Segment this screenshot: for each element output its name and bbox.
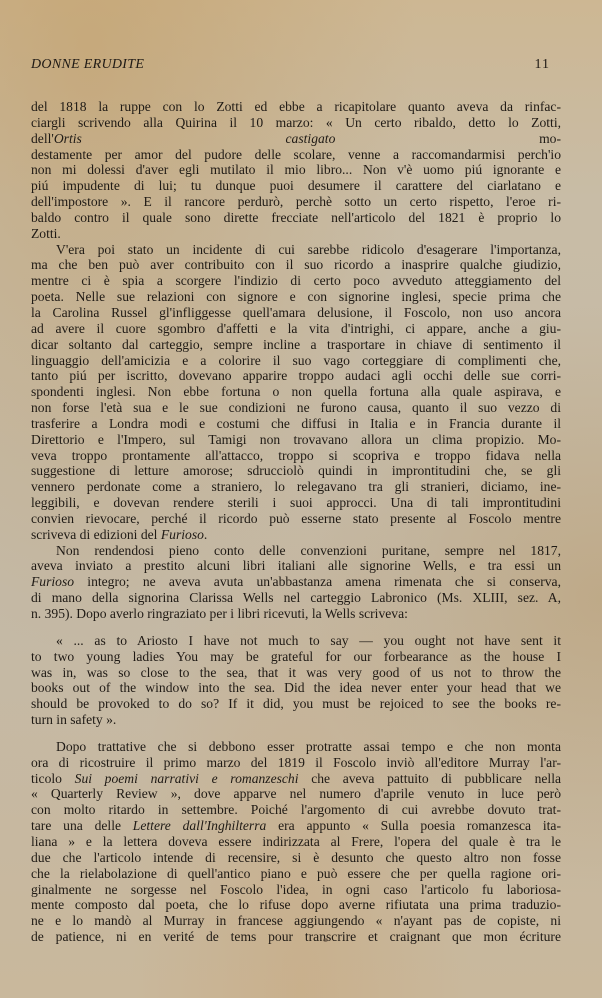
- text-line: de patience, ni en verité de tems pour t…: [31, 929, 561, 945]
- italic-title: Lettere dall'Inghilterra: [133, 818, 267, 833]
- block-quote: « ... as to Ariosto I have not much to s…: [31, 633, 561, 728]
- text-line: leggibili, e dovevan rendere sterili i s…: [31, 495, 561, 511]
- text-line: tare una delle Lettere dall'Inghilterra …: [31, 818, 561, 834]
- paragraph: Dopo trattative che si debbono esser pro…: [31, 739, 561, 945]
- text-line: turn in safety ».: [31, 712, 561, 728]
- text-line: tanto piú per iscritto, dovevano apparir…: [31, 368, 561, 384]
- text-line: del 1818 la ruppe con lo Zotti ed ebbe a…: [31, 99, 561, 115]
- text-line: Dopo trattative che si debbono esser pro…: [31, 739, 561, 755]
- text-line: trasferire a Londra modi e costumi che d…: [31, 416, 561, 432]
- spacer: [31, 622, 561, 633]
- text-line: dicar soltanto dal carteggio, sempre inc…: [31, 337, 561, 353]
- text-line: should be provoked to do so? If it did, …: [31, 696, 561, 712]
- text-line: convien rievocare, perché il ricordo può…: [31, 511, 561, 527]
- text-line: piú impudente di lui; tu dunque puoi des…: [31, 178, 561, 194]
- text-line: veva troppo prontamente all'attacco, tro…: [31, 448, 561, 464]
- paper-stain: [323, 938, 328, 942]
- text-line: V'era poi stato un incidente di cui sare…: [31, 242, 561, 258]
- text-line: ora di ricostruire il primo marzo del 18…: [31, 755, 561, 771]
- text-line: baldo contro il quale sono dirette frecc…: [31, 210, 561, 226]
- text-line: vennero perdonate come a straniero, lo r…: [31, 479, 561, 495]
- text-line: che la rielabolazione di quell'antico pi…: [31, 866, 561, 882]
- text-line: mente composto dal poeta, che lo rifuse …: [31, 897, 561, 913]
- italic-title: Furioso: [31, 574, 74, 589]
- text-line: Zotti.: [31, 226, 561, 242]
- text-line: dell'Ortis castigato mo-: [31, 131, 561, 147]
- text-line: di mano della signorina Clarissa Wells n…: [31, 590, 561, 606]
- italic-title: Ortis castigato: [54, 131, 336, 146]
- text-line: books out of the window into the sea. Di…: [31, 680, 561, 696]
- text-line: liana » e la lettera doveva essere indir…: [31, 834, 561, 850]
- text-line: non mi dolessi d'aver egli mutilato il m…: [31, 162, 561, 178]
- text-line: Non rendendosi pieno conto delle convenz…: [31, 543, 561, 559]
- text-line: destamente per amor del pudore delle sco…: [31, 147, 561, 163]
- text-line: spondenti inglesi. Non ebbe fortuna o no…: [31, 384, 561, 400]
- text-line: Direttorio e l'Impero, sul Tamigi non tr…: [31, 432, 561, 448]
- text-line: aveva inviato a prestito alcuni libri it…: [31, 558, 561, 574]
- text-line: mentre ci è spia a scorgere l'indizio di…: [31, 273, 561, 289]
- text-line: la Carolina Russel gl'infliggesse quell'…: [31, 305, 561, 321]
- text-line: was in, was so close to the sea, that it…: [31, 665, 561, 681]
- text-line: non forse l'età sua e le sue condizioni …: [31, 400, 561, 416]
- text-line: ne e lo mandò al Murray in francese aggi…: [31, 913, 561, 929]
- paragraph: del 1818 la ruppe con lo Zotti ed ebbe a…: [31, 99, 561, 242]
- text-line: ticolo Sui poemi narrativi e romanzeschi…: [31, 771, 561, 787]
- text-line: suggestione di letture amorose; sdruccio…: [31, 463, 561, 479]
- text-line: linguaggio dell'amicizia e a colorire il…: [31, 353, 561, 369]
- paragraph: V'era poi stato un incidente di cui sare…: [31, 242, 561, 543]
- italic-title: Furioso: [161, 527, 204, 542]
- page-number: 11: [535, 57, 550, 73]
- text-line: poeta. Nelle sue relazioni con signore e…: [31, 289, 561, 305]
- book-page: DONNE ERUDITE 11 del 1818 la ruppe con l…: [0, 0, 602, 998]
- paragraph: Non rendendosi pieno conto delle convenz…: [31, 543, 561, 622]
- text-line: « ... as to Ariosto I have not much to s…: [31, 633, 561, 649]
- text-line: con molto ritardo in settembre. Poiché l…: [31, 802, 561, 818]
- italic-title: Sui poemi narrativi e romanzeschi: [75, 771, 299, 786]
- text-line: Furioso integro; ne aveva avuta un'abbas…: [31, 574, 561, 590]
- text-line: ma che ben può aver contribuito con il s…: [31, 257, 561, 273]
- text-line: ciargli scrivendo alla Quirina il 10 mar…: [31, 115, 561, 131]
- body-text: del 1818 la ruppe con lo Zotti ed ebbe a…: [31, 99, 561, 945]
- running-title: DONNE ERUDITE: [31, 57, 144, 73]
- text-line: ginalmente ne sorgesse nel Foscolo l'ide…: [31, 882, 561, 898]
- text-line: due che l'articolo intende di recensire,…: [31, 850, 561, 866]
- text-line: n. 395). Dopo averlo ringraziato per i l…: [31, 606, 561, 622]
- text-line: to two young ladies You may be grateful …: [31, 649, 561, 665]
- text-line: « Quarterly Review », dove apparve nel n…: [31, 786, 561, 802]
- text-line: ad avere il cuore sgombro d'affetti e la…: [31, 321, 561, 337]
- running-head: DONNE ERUDITE 11: [31, 57, 550, 73]
- text-line: dell'impostore ». E il rancore perdurò, …: [31, 194, 561, 210]
- spacer: [31, 728, 561, 739]
- text-line: scriveva di edizioni del Furioso.: [31, 527, 561, 543]
